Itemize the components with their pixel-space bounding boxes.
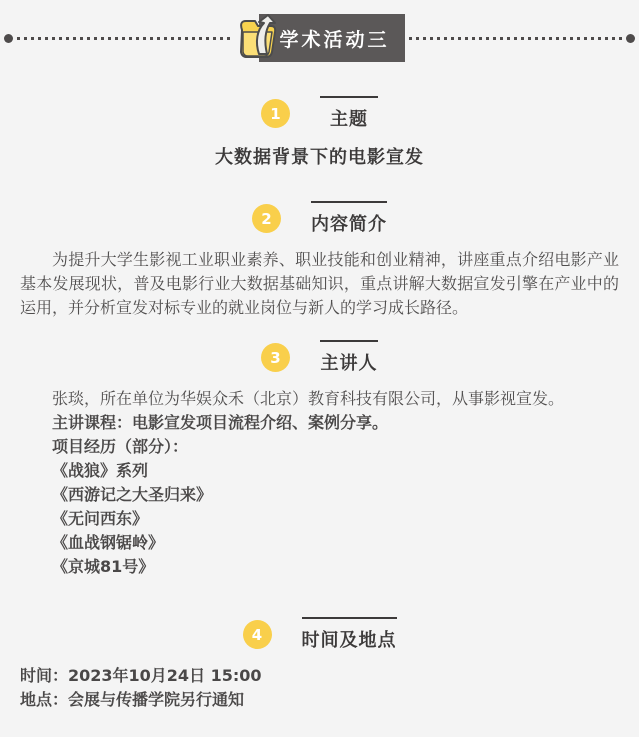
speaker-intro: 张琰，所在单位为华娱众禾（北京）教育科技有限公司，从事影视宣发。 [20,387,619,411]
project-item: 《西游记之大圣归来》 [20,483,619,507]
section-2-header: 2 内容简介 [0,201,639,236]
section-1-header: 1 主题 [0,96,639,131]
banner-title-box: 学术活动三 [259,14,405,62]
section-4-title: 时间及地点 [302,626,397,652]
section-3-title-rule [320,340,378,342]
schedule-block: 时间：2023年10月24日 15:00 地点：会展与传播学院另行通知 [20,664,619,712]
section-3-header: 3 主讲人 [0,340,639,375]
section-2-number-badge: 2 [252,204,281,233]
project-item: 《无问西东》 [20,507,619,531]
section-4-title-rule [302,617,397,619]
project-item: 《战狼》系列 [20,459,619,483]
right-dotted-line [409,37,623,40]
section-2-title-wrap: 内容简介 [311,201,387,236]
topic-subtitle: 大数据背景下的电影宣发 [0,143,639,169]
section-3-title: 主讲人 [321,349,378,375]
section-2-title: 内容简介 [311,210,387,236]
folder-arrow-icon [235,12,279,64]
speaker-course: 主讲课程：电影宣发项目流程介绍、案例分享。 [20,411,619,435]
header-banner: 学术活动三 [0,13,639,63]
left-dotted-line [17,37,231,40]
left-end-dot [4,34,13,43]
section-4-header: 4 时间及地点 [0,617,639,652]
right-end-dot [626,34,635,43]
intro-paragraph-block: 为提升大学生影视工业职业素养、职业技能和创业精神，讲座重点介绍电影产业基本发展现… [20,248,619,320]
project-item: 《血战钢锯岭》 [20,531,619,555]
section-3-number-badge: 3 [261,343,290,372]
project-item: 《京城81号》 [20,555,619,579]
section-4-title-wrap: 时间及地点 [302,617,397,652]
section-2-title-rule [311,201,387,203]
banner-title: 学术活动三 [273,25,389,52]
event-location: 地点：会展与传播学院另行通知 [20,688,619,712]
intro-paragraph: 为提升大学生影视工业职业素养、职业技能和创业精神，讲座重点介绍电影产业基本发展现… [20,248,619,320]
section-1-title-rule [320,96,378,98]
projects-label: 项目经历（部分）： [20,435,619,459]
section-1-number-badge: 1 [261,99,290,128]
section-1-title: 主题 [330,105,368,131]
section-3-title-wrap: 主讲人 [320,340,378,375]
event-time: 时间：2023年10月24日 15:00 [20,664,619,688]
section-1-title-wrap: 主题 [320,96,378,131]
section-4-number-badge: 4 [243,620,272,649]
speaker-block: 张琰，所在单位为华娱众禾（北京）教育科技有限公司，从事影视宣发。 主讲课程：电影… [20,387,619,579]
